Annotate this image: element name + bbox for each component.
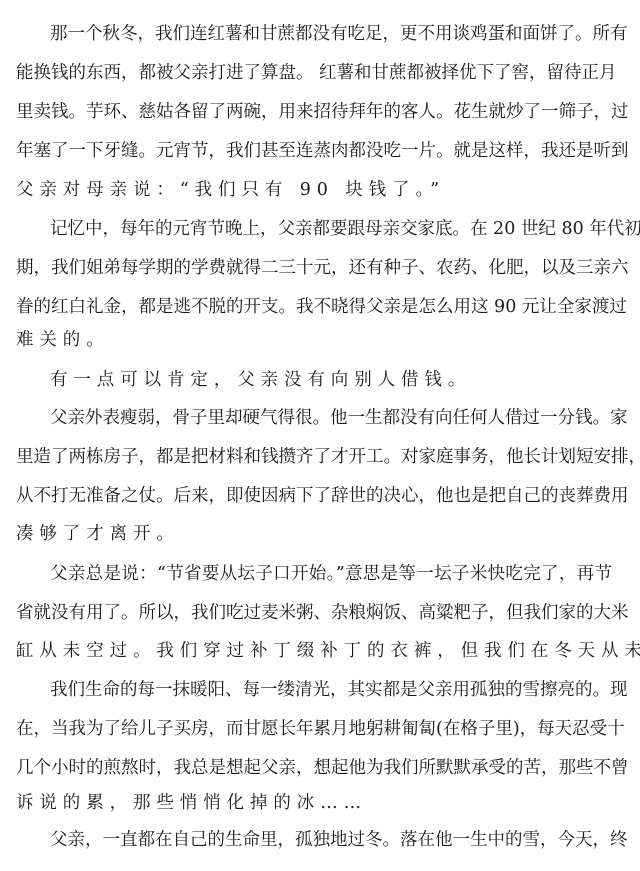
paragraph-4-line-1: 父亲外表瘦弱，骨子里却硬气得很。他一生都没有向任何人借过一分钱。家 (50, 406, 612, 430)
paragraph-4-line-2: 里造了两栋房子，都是把材料和钱攒齐了才开工。对家庭事务，他长计划短安排， (16, 445, 612, 469)
paragraph-1-line-1: 那一个秋冬，我们连红薯和甘蔗都没有吃足，更不用谈鸡蛋和面饼了。所有 (50, 22, 612, 46)
paragraph-3-line-1: 有一点可以肯定，父亲没有向别人借钱。 (50, 368, 612, 392)
paragraph-1-line-5: 父亲对母亲说：“我们只有 90 块钱了。” (16, 178, 612, 202)
paragraph-6-line-3: 几个小时的煎熬时，我总是想起父亲，想起他为我们所默默承受的苦，那些不曾 (16, 756, 612, 780)
paragraph-6-line-1: 我们生命的每一抹暖阳、每一缕清光，其实都是父亲用孤独的雪擦亮的。现 (50, 678, 612, 702)
paragraph-1-line-4: 年塞了一下牙缝。元宵节，我们甚至连蒸肉都没吃一片。就是这样，我还是听到 (16, 139, 612, 163)
paragraph-2-line-4: 难关的。 (16, 328, 612, 352)
paragraph-6-line-2: 在，当我为了给儿子买房，而甘愿长年累月地躬耕匍匐(在格子里)，每天忍受十 (16, 717, 612, 741)
paragraph-2-line-2: 期，我们姐弟每学期的学费就得二三十元，还有种子、农药、化肥，以及三亲六 (16, 256, 612, 280)
paragraph-5-line-1: 父亲总是说：“节省要从坛子口开始。”意思是等一坛子米快吃完了，再节 (50, 562, 612, 586)
document-page: 那一个秋冬，我们连红薯和甘蔗都没有吃足，更不用谈鸡蛋和面饼了。所有 能换钱的东西… (0, 0, 640, 871)
paragraph-1-line-2: 能换钱的东西，都被父亲打进了算盘。 红薯和甘蔗都被择优下了窖，留待正月 (16, 61, 612, 85)
paragraph-7-line-1: 父亲，一直都在自己的生命里，孤独地过冬。落在他一生中的雪，今天，终 (50, 828, 612, 852)
paragraph-5-line-3: 缸从未空过。我们穿过补丁缀补丁的衣裤，但我们在冬天从未挨过冻。 (16, 639, 612, 663)
paragraph-2-line-3: 眷的红白礼金，都是逃不脱的开支。我不晓得父亲是怎么用这 90 元让全家渡过 (16, 295, 612, 319)
paragraph-2-line-1: 记忆中，每年的元宵节晚上，父亲都要跟母亲交家底。在 20 世纪 80 年代初 (50, 217, 612, 241)
paragraph-4-line-4: 凑够了才离开。 (16, 522, 612, 546)
paragraph-1-line-3: 里卖钱。芋环、慈姑各留了两碗，用来招待拜年的客人。花生就炒了一筛子，过 (16, 100, 612, 124)
paragraph-6-line-4: 诉说的累，那些悄悄化掉的冰…… (16, 791, 612, 815)
paragraph-4-line-3: 从不打无准备之仗。后来，即使因病下了辞世的决心，他也是把自己的丧葬费用 (16, 484, 612, 508)
paragraph-5-line-2: 省就没有用了。所以，我们吃过麦米粥、杂粮焖饭、高粱粑子，但我们家的大米 (16, 601, 612, 625)
